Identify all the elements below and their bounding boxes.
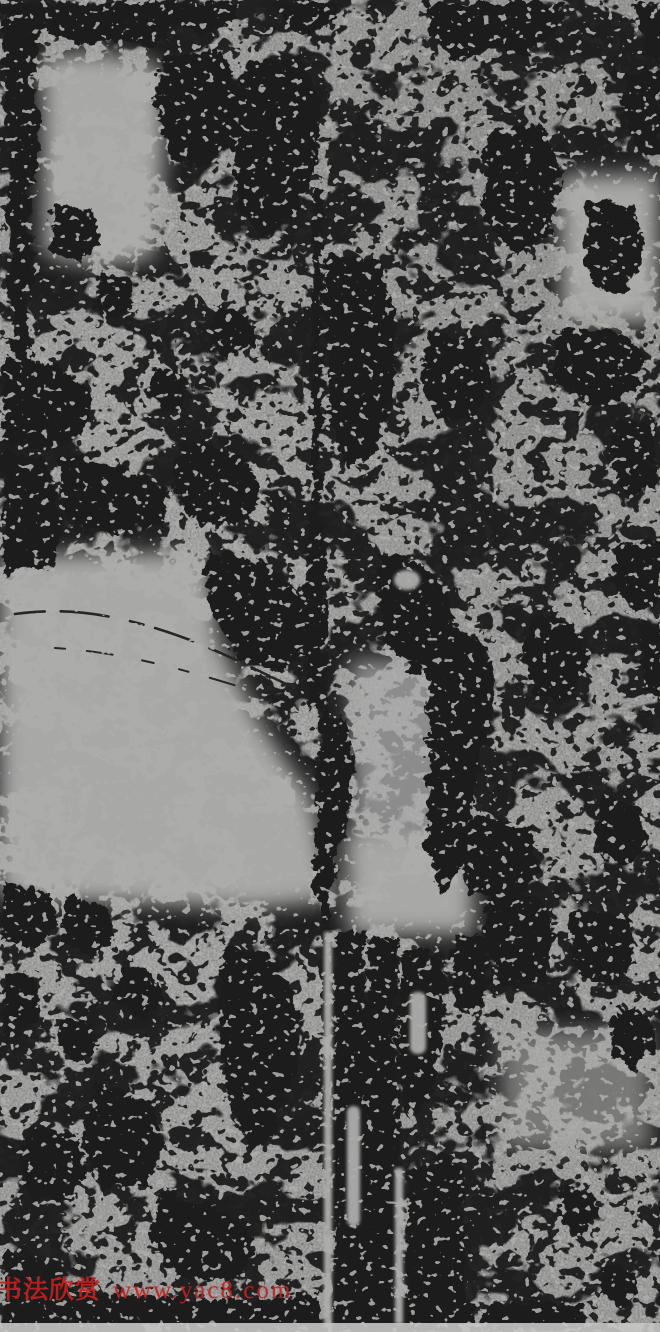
watermark-site-name: 书法欣赏 [0, 1277, 101, 1304]
erosion-pits [0, 0, 660, 1332]
watermark-site-url: www.yac8.com [113, 1277, 292, 1304]
rubbing-photo: 书法欣赏www.yac8.com [0, 0, 660, 1332]
rubbing-canvas [0, 0, 660, 1332]
bottom-edge-strip [0, 1323, 660, 1332]
watermark: 书法欣赏www.yac8.com [0, 1277, 292, 1305]
